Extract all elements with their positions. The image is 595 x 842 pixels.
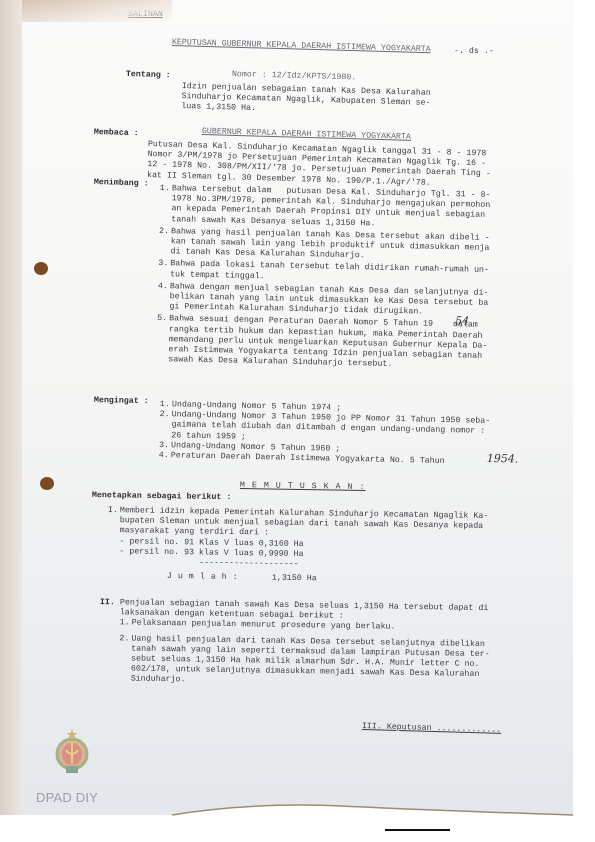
membaca-text: Putusan Desa Kal. Sinduharjo Kecamatan N…	[147, 140, 492, 190]
document-page: SALINAN KEPUTUSAN GUBERNUR KEPALA DAERAH…	[22, 0, 573, 815]
menimbang-label: Menimbang :	[94, 178, 149, 190]
punch-hole-top	[34, 262, 48, 275]
handwritten-year-1954: 1954.	[487, 452, 519, 466]
total-value: 1,3150 Ha	[272, 574, 317, 585]
total-row: J u m l a h : 1,3150 Ha	[119, 571, 488, 587]
menimbang-item-4: 4. Bahwa dengan menjual sebagian tanah K…	[157, 282, 488, 320]
punch-hole-bottom	[40, 477, 54, 490]
document-number: Nomor : 12/Idz/KPTS/1980.	[232, 70, 357, 84]
memutuskan-heading: M E M U T U S K A N :	[240, 481, 366, 493]
menimbang-list: 1. Bahwa tersebut dalam putusan Desa Kal…	[156, 184, 490, 372]
photo-shadow	[22, 0, 172, 22]
total-label: J u m l a h :	[167, 572, 238, 583]
heading-gubernur: GUBERNUR KEPALA DAERAH ISTIMEWA YOGYAKAR…	[202, 127, 411, 143]
tentang-label: Tentang :	[126, 70, 171, 81]
top-right-mark: -. ds .-	[454, 47, 494, 57]
mengingat-list: 1. Undang-Undang Nomor 5 Tahun 1974 ; 2.…	[159, 400, 491, 468]
menimbang-item-1: 1. Bahwa tersebut dalam putusan Desa Kal…	[159, 184, 490, 232]
menetapkan-label: Menetapkan sebagai berikut :	[92, 491, 232, 503]
page-bottom-edge	[22, 800, 573, 820]
document-title: KEPUTUSAN GUBERNUR KEPALA DAERAH ISTIMEW…	[172, 38, 431, 55]
mengingat-label: Mengingat :	[94, 396, 149, 407]
photo-background-right	[573, 0, 595, 815]
continuation-note: III. Keputusan .............	[362, 722, 502, 736]
item-II-sub-2: 2. Uang hasil penjualan dari tanah Kas D…	[119, 634, 490, 691]
menimbang-item-2: 2. Bahwa yang hasil penjualan tanah Kas …	[158, 227, 489, 265]
dpad-emblem-icon	[52, 728, 92, 776]
decision-item-I: I. Memberi idzin kepada Pemerintah Kalur…	[107, 506, 489, 587]
photo-background-left	[0, 0, 22, 815]
footer-rule	[385, 829, 450, 831]
tentang-text: Idzin penjualan sebagaian tanah Kas Desa…	[181, 82, 431, 120]
membaca-label: Membaca :	[94, 128, 139, 139]
menimbang-item-5: 5. 54 Bahwa sesuai dengan Peraturan Daer…	[156, 314, 488, 372]
decision-item-II: II. Penjualan sebagian tanah sawah Kas D…	[99, 598, 491, 691]
